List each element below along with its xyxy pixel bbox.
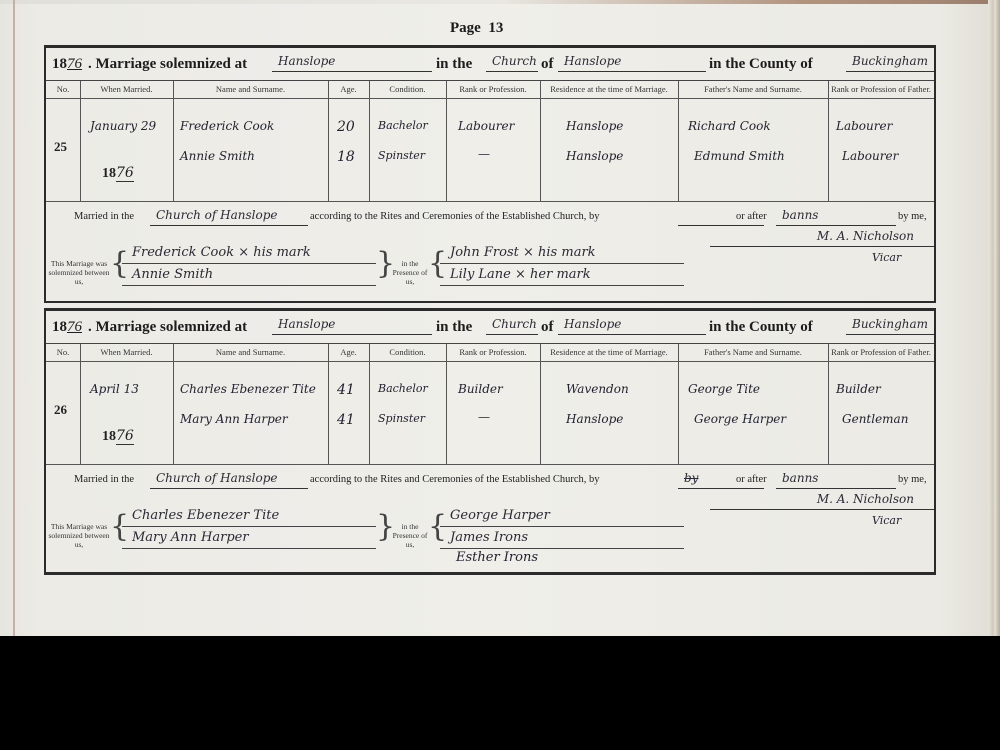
page-number-value: 13 bbox=[488, 20, 503, 36]
groom-father-rank: Labourer bbox=[836, 119, 892, 133]
col-divider bbox=[369, 344, 370, 464]
col-divider bbox=[828, 344, 829, 464]
year-label: 1876 bbox=[52, 319, 82, 336]
county-label: in the County of bbox=[709, 319, 813, 336]
bride-name: Annie Smith bbox=[180, 149, 255, 163]
witness-2: James Irons bbox=[440, 530, 684, 549]
bride-signature: Mary Ann Harper bbox=[122, 530, 376, 549]
page-label: Page bbox=[450, 20, 481, 36]
in-the-label: in the bbox=[436, 56, 472, 73]
entry-heading: 1876 . Marriage solemnized at Hanslope i… bbox=[46, 311, 934, 345]
col-name: Name and Surname. bbox=[173, 344, 328, 362]
presence-label: in the Presence of us, bbox=[392, 259, 428, 286]
parish-field: Hanslope bbox=[558, 54, 706, 72]
col-rank: Rank or Profession. bbox=[446, 81, 540, 99]
building-field: Church bbox=[486, 54, 538, 72]
groom-age: 41 bbox=[337, 382, 355, 398]
by-me-label: by me, bbox=[898, 474, 927, 485]
col-when: When Married. bbox=[80, 344, 173, 362]
marriage-entry: 1876 . Marriage solemnized at Hanslope i… bbox=[44, 45, 936, 303]
groom-residence: Wavendon bbox=[566, 382, 629, 396]
col-father-rank: Rank or Profession of Father. bbox=[828, 81, 934, 99]
married-in-label: Married in the bbox=[74, 474, 134, 485]
bride-condition: Spinster bbox=[378, 412, 425, 425]
page-top-edge bbox=[0, 0, 1000, 4]
col-divider bbox=[678, 344, 679, 464]
by-me-label: by me, bbox=[898, 211, 927, 222]
officiant-signature: M. A. Nicholson bbox=[710, 229, 934, 247]
of-label: of bbox=[541, 319, 554, 336]
witness-1: George Harper bbox=[440, 508, 684, 527]
bride-condition: Spinster bbox=[378, 149, 425, 162]
col-divider bbox=[328, 81, 329, 201]
groom-condition: Bachelor bbox=[378, 119, 428, 132]
groom-name: Frederick Cook bbox=[180, 119, 274, 133]
rites-label: according to the Rites and Ceremonies of… bbox=[310, 211, 600, 222]
col-father: Father's Name and Surname. bbox=[678, 81, 828, 99]
marriage-year: 1876 bbox=[102, 428, 134, 445]
col-divider bbox=[540, 81, 541, 201]
row-divider bbox=[46, 201, 934, 202]
register-page: Page 13 1876 . Marriage solemnized at Ha… bbox=[0, 0, 1000, 636]
married-in-label: Married in the bbox=[74, 211, 134, 222]
presence-label: in the Presence of us, bbox=[392, 522, 428, 549]
col-divider bbox=[80, 81, 81, 201]
marriage-year: 1876 bbox=[102, 165, 134, 182]
county-field: Buckingham bbox=[846, 317, 934, 335]
groom-age: 20 bbox=[337, 119, 355, 135]
col-divider bbox=[328, 344, 329, 464]
entry-heading: 1876 . Marriage solemnized at Hanslope i… bbox=[46, 48, 934, 82]
bride-father-rank: Gentleman bbox=[842, 412, 908, 426]
marriage-entry: 1876 . Marriage solemnized at Hanslope i… bbox=[44, 308, 936, 575]
building-field: Church bbox=[486, 317, 538, 335]
groom-rank: Builder bbox=[458, 382, 503, 396]
witness-1: John Frost × his mark bbox=[440, 245, 684, 264]
page-number: Page 13 bbox=[450, 20, 503, 37]
entry-number: 26 bbox=[54, 402, 67, 418]
page-stack-edge bbox=[988, 0, 1000, 636]
married-in-field: Church of Hanslope bbox=[150, 208, 308, 226]
parish-field: Hanslope bbox=[558, 317, 706, 335]
col-when: When Married. bbox=[80, 81, 173, 99]
bride-name: Mary Ann Harper bbox=[180, 412, 288, 426]
solemnized-label: . Marriage solemnized at bbox=[88, 319, 247, 336]
or-after-label: or after bbox=[736, 211, 767, 222]
bride-rank: — bbox=[478, 147, 490, 161]
binding-gutter bbox=[13, 0, 15, 636]
col-divider bbox=[80, 344, 81, 464]
year-label: 1876 bbox=[52, 56, 82, 73]
col-divider bbox=[446, 344, 447, 464]
witness-2: Lily Lane × her mark bbox=[440, 267, 684, 286]
groom-residence: Hanslope bbox=[566, 119, 623, 133]
col-rank: Rank or Profession. bbox=[446, 344, 540, 362]
banns-field: banns bbox=[776, 208, 896, 226]
groom-father-rank: Builder bbox=[836, 382, 881, 396]
col-condition: Condition. bbox=[369, 344, 446, 362]
groom-father-name: George Tite bbox=[688, 382, 760, 396]
county-label: in the County of bbox=[709, 56, 813, 73]
bride-father-name: Edmund Smith bbox=[694, 149, 785, 163]
col-father: Father's Name and Surname. bbox=[678, 344, 828, 362]
of-label: of bbox=[541, 56, 554, 73]
col-residence: Residence at the time of Marriage. bbox=[540, 81, 678, 99]
groom-rank: Labourer bbox=[458, 119, 514, 133]
groom-signature: Frederick Cook × his mark bbox=[122, 245, 376, 264]
col-divider bbox=[173, 344, 174, 464]
bride-age: 41 bbox=[337, 412, 355, 428]
col-divider bbox=[173, 81, 174, 201]
bride-residence: Hanslope bbox=[566, 412, 623, 426]
groom-father-name: Richard Cook bbox=[688, 119, 771, 133]
officiant-title: Vicar bbox=[872, 251, 901, 264]
county-field: Buckingham bbox=[846, 54, 934, 72]
rites-label: according to the Rites and Ceremonies of… bbox=[310, 474, 600, 485]
entry-number: 25 bbox=[54, 139, 67, 155]
col-divider bbox=[369, 81, 370, 201]
groom-condition: Bachelor bbox=[378, 382, 428, 395]
solemnized-label: . Marriage solemnized at bbox=[88, 56, 247, 73]
col-no: No. bbox=[46, 344, 80, 362]
col-divider bbox=[678, 81, 679, 201]
officiant-signature: M. A. Nicholson bbox=[710, 492, 934, 510]
col-divider bbox=[446, 81, 447, 201]
background-black bbox=[0, 636, 1000, 750]
bride-rank: — bbox=[478, 410, 490, 424]
col-age: Age. bbox=[328, 81, 369, 99]
col-divider bbox=[540, 344, 541, 464]
bride-signature: Annie Smith bbox=[122, 267, 376, 286]
witness-3: Esther Irons bbox=[456, 550, 538, 565]
bride-residence: Hanslope bbox=[566, 149, 623, 163]
marriage-date: January 29 bbox=[90, 119, 156, 133]
col-residence: Residence at the time of Marriage. bbox=[540, 344, 678, 362]
married-in-field: Church of Hanslope bbox=[150, 471, 308, 489]
bride-father-name: George Harper bbox=[694, 412, 786, 426]
solemnized-between-label: This Marriage was solemnized between us, bbox=[46, 259, 112, 286]
bride-father-rank: Labourer bbox=[842, 149, 898, 163]
col-divider bbox=[828, 81, 829, 201]
in-the-label: in the bbox=[436, 319, 472, 336]
groom-signature: Charles Ebenezer Tite bbox=[122, 508, 376, 527]
banns-field: banns bbox=[776, 471, 896, 489]
entry-table: No. When Married. Name and Surname. Age.… bbox=[46, 343, 934, 344]
bride-age: 18 bbox=[337, 149, 355, 165]
marriage-date: April 13 bbox=[90, 382, 139, 396]
col-age: Age. bbox=[328, 344, 369, 362]
place-field: Hanslope bbox=[272, 317, 432, 335]
entry-table: No. When Married. Name and Surname. Age.… bbox=[46, 80, 934, 81]
col-condition: Condition. bbox=[369, 81, 446, 99]
col-name: Name and Surname. bbox=[173, 81, 328, 99]
solemnized-between-label: This Marriage was solemnized between us, bbox=[46, 522, 112, 549]
groom-name: Charles Ebenezer Tite bbox=[180, 382, 316, 396]
place-field: Hanslope bbox=[272, 54, 432, 72]
row-divider bbox=[46, 464, 934, 465]
col-no: No. bbox=[46, 81, 80, 99]
officiant-title: Vicar bbox=[872, 514, 901, 527]
or-after-label: or after bbox=[736, 474, 767, 485]
col-father-rank: Rank or Profession of Father. bbox=[828, 344, 934, 362]
